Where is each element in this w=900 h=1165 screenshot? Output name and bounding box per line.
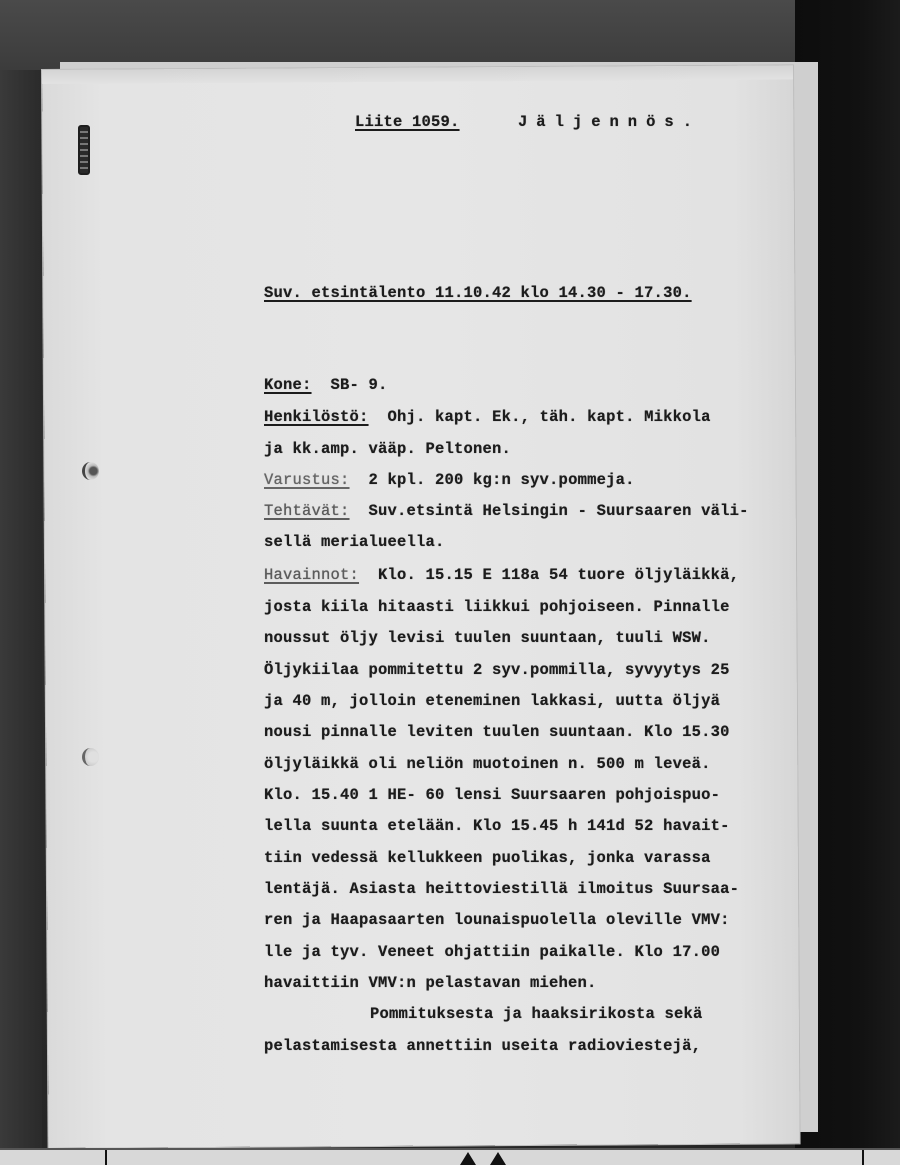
havainnot-line: lentäjä. Asiasta heittoviestillä ilmoitu… bbox=[264, 880, 739, 898]
film-arrow-icon bbox=[460, 1152, 476, 1165]
field-value-kone: SB- 9. bbox=[331, 376, 388, 394]
havainnot-line: Klo. 15.40 1 HE- 60 lensi Suursaaren poh… bbox=[264, 786, 720, 804]
film-tick-mark bbox=[105, 1150, 107, 1165]
film-arrow-icon bbox=[490, 1152, 506, 1165]
field-kone: Kone: SB- 9. bbox=[264, 376, 388, 394]
document-title: Suv. etsintälento 11.10.42 klo 14.30 - 1… bbox=[264, 284, 692, 302]
field-label-havainnot: Havainnot: bbox=[264, 566, 359, 584]
field-tehtavat: Tehtävät: Suv.etsintä Helsingin - Suursa… bbox=[264, 502, 749, 520]
havainnot-line: nousi pinnalle leviten tuulen suuntaan. … bbox=[264, 723, 730, 741]
field-label-varustus: Varustus: bbox=[264, 471, 350, 489]
film-tick-mark bbox=[862, 1150, 864, 1165]
field-value-havainnot-first: Klo. 15.15 E 118a 54 tuore öljyläikkä, bbox=[378, 566, 739, 584]
punch-hole-icon bbox=[82, 462, 99, 480]
havainnot-line: Öljykiilaa pommitettu 2 syv.pommilla, sy… bbox=[264, 661, 730, 679]
havainnot-line: lella suunta etelään. Klo 15.45 h 141d 5… bbox=[264, 817, 730, 835]
attachment-number: Liite 1059. bbox=[355, 113, 460, 131]
havainnot-line: lle ja tyv. Veneet ohjattiin paikalle. K… bbox=[264, 943, 720, 961]
havainnot-line: havaittiin VMV:n pelastavan miehen. bbox=[264, 974, 597, 992]
field-havainnot: Havainnot: Klo. 15.15 E 118a 54 tuore öl… bbox=[264, 566, 739, 584]
havainnot-line: tiin vedessä kellukkeen puolikas, jonka … bbox=[264, 849, 711, 867]
havainnot-line: ren ja Haapasaarten lounaispuolella olev… bbox=[264, 911, 730, 929]
field-value-tehtavat-line1: Suv.etsintä Helsingin - Suursaaren väli- bbox=[369, 502, 749, 520]
field-value-henkilosto-line1: Ohj. kapt. Ek., täh. kapt. Mikkola bbox=[388, 408, 711, 426]
margin-stamp-mark bbox=[78, 125, 90, 175]
havainnot-line: öljyläikkä oli neliön muotoinen n. 500 m… bbox=[264, 755, 711, 773]
havainnot-line: noussut öljy levisi tuulen suuntaan, tuu… bbox=[264, 629, 711, 647]
field-label-henkilosto: Henkilöstö: bbox=[264, 408, 369, 426]
field-henkilosto: Henkilöstö: Ohj. kapt. Ek., täh. kapt. M… bbox=[264, 408, 711, 426]
film-strip bbox=[0, 1148, 900, 1165]
closing-line-1: Pommituksesta ja haaksirikosta sekä bbox=[370, 1005, 703, 1023]
punch-hole-icon bbox=[82, 748, 99, 766]
field-label-tehtavat: Tehtävät: bbox=[264, 502, 350, 520]
scan-background-left bbox=[0, 70, 42, 1150]
field-value-tehtavat-line2: sellä merialueella. bbox=[264, 533, 445, 551]
field-value-henkilosto-line2: ja kk.amp. vääp. Peltonen. bbox=[264, 440, 511, 458]
havainnot-line: josta kiila hitaasti liikkui pohjoiseen.… bbox=[264, 598, 730, 616]
copy-marker: Jäljennös. bbox=[518, 113, 701, 131]
havainnot-line: ja 40 m, jolloin eteneminen lakkasi, uut… bbox=[264, 692, 720, 710]
field-label-kone: Kone: bbox=[264, 376, 312, 394]
field-value-varustus: 2 kpl. 200 kg:n syv.pommeja. bbox=[369, 471, 635, 489]
field-varustus: Varustus: 2 kpl. 200 kg:n syv.pommeja. bbox=[264, 471, 635, 489]
closing-line-2: pelastamisesta annettiin useita radiovie… bbox=[264, 1037, 701, 1055]
